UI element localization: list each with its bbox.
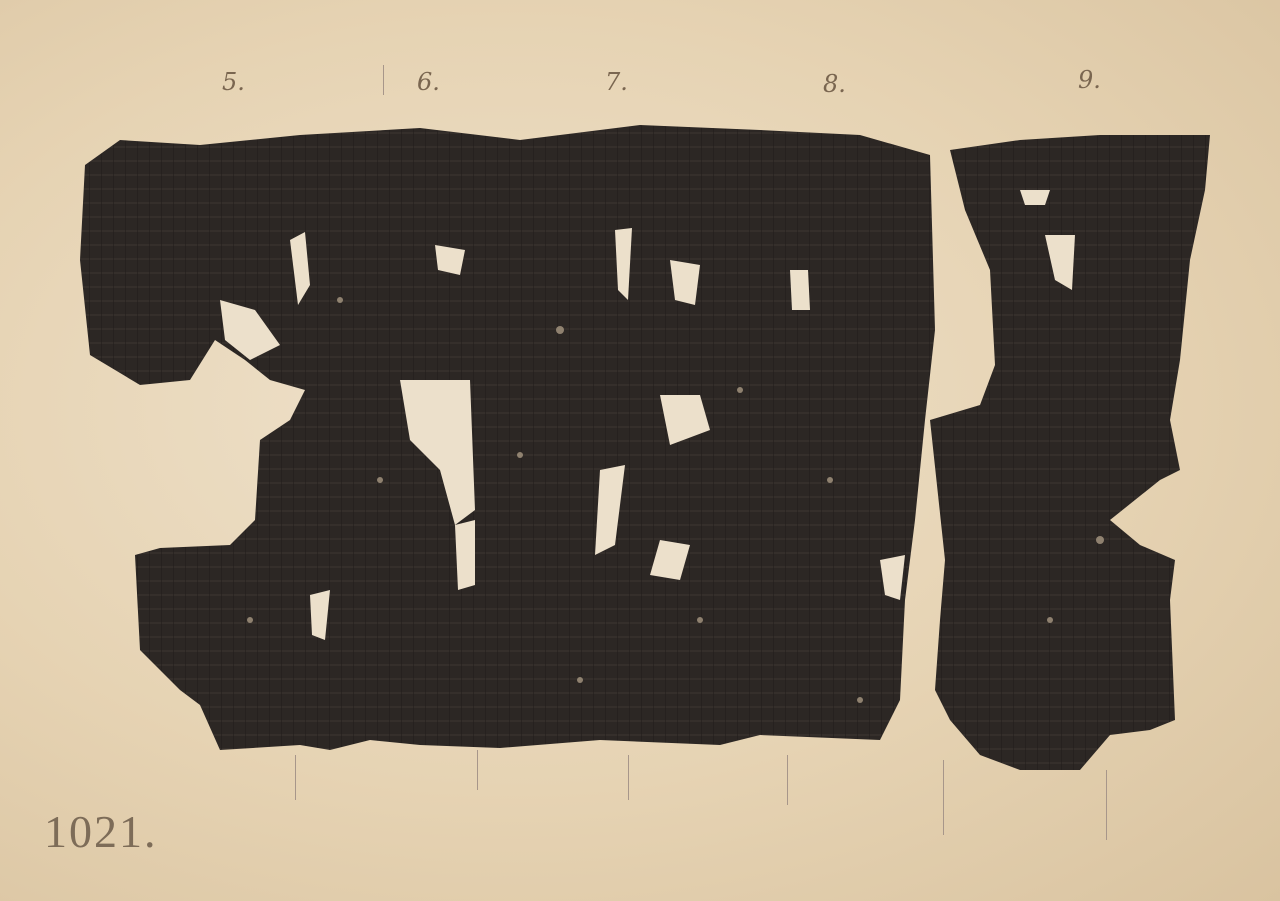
mounting-sheet: 5. 6. 7. 8. 9. (0, 0, 1280, 901)
papyrus-fragment (0, 0, 1280, 901)
catalog-number: 1021. (44, 805, 158, 858)
